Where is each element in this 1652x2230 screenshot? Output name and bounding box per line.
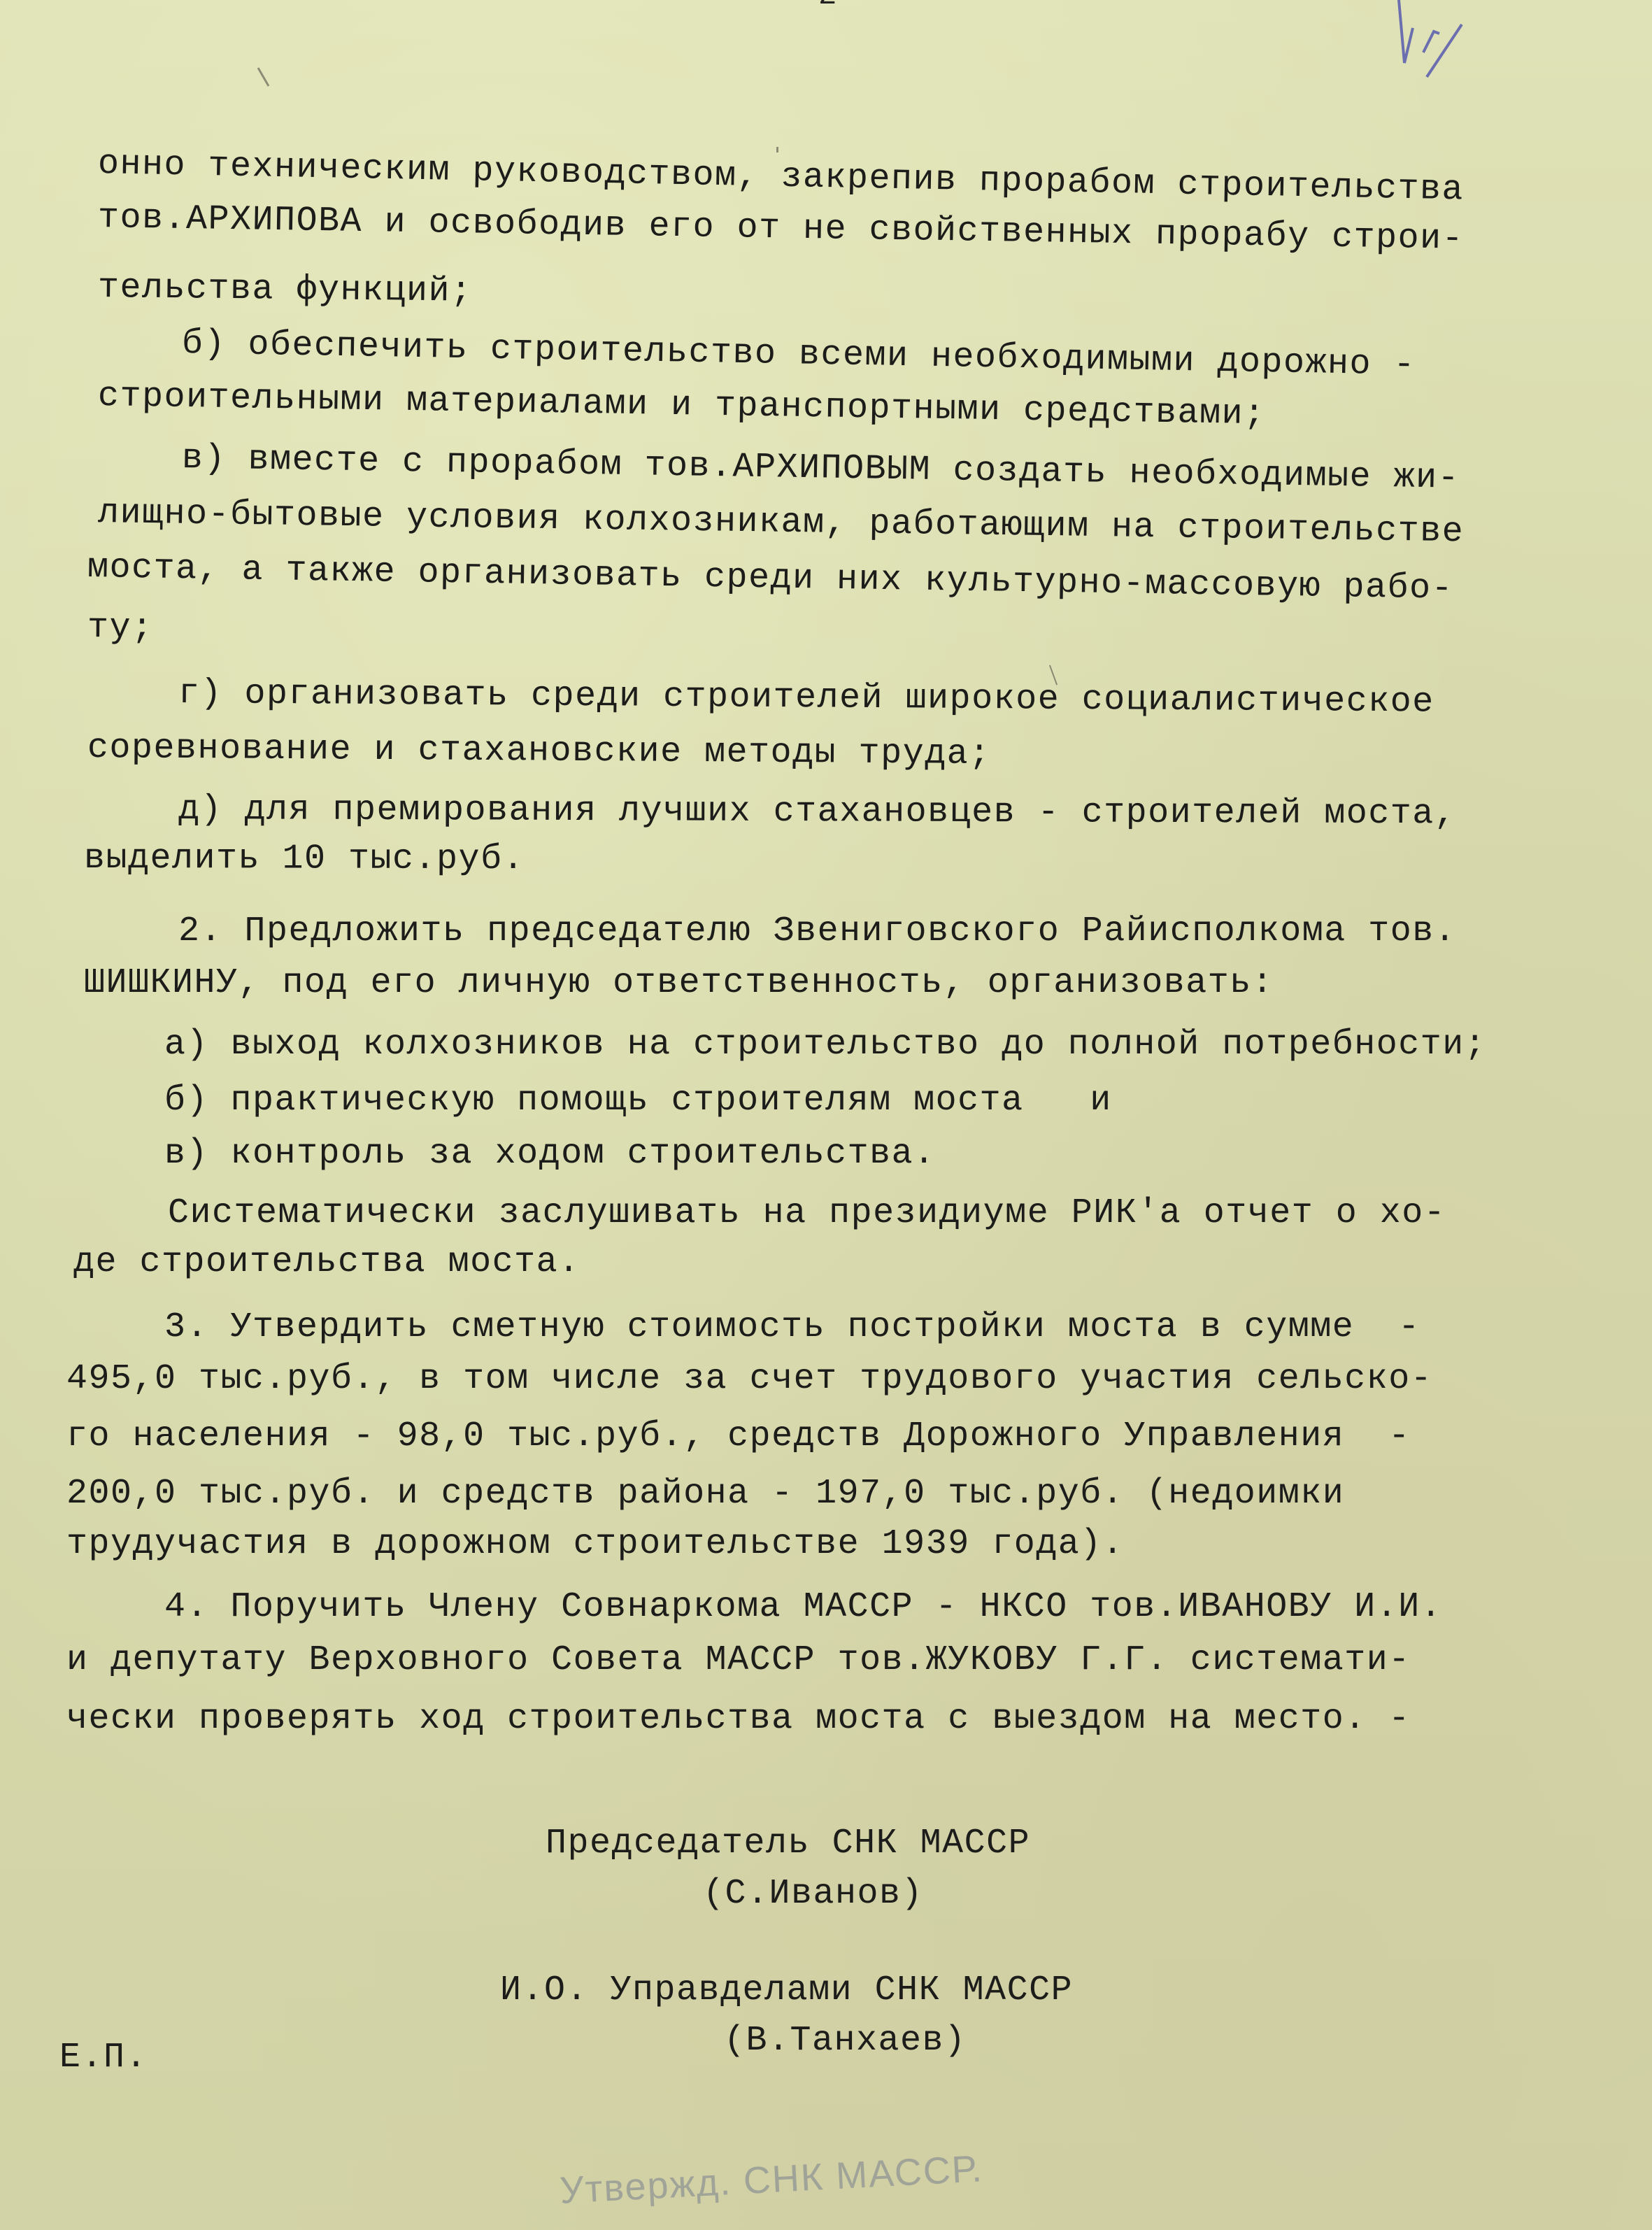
list-item-g: г) организовать среди строителей широкое… bbox=[178, 673, 1434, 724]
body-line: 495,0 тыс.руб., в том числе за счет труд… bbox=[66, 1358, 1432, 1400]
handwritten-check-mark-icon bbox=[1385, 0, 1497, 84]
list-item-a: а) выход колхозников на строительство до… bbox=[164, 1024, 1486, 1066]
typist-initials: Е.П. bbox=[59, 2037, 148, 2079]
body-line: тельства функций; bbox=[98, 267, 473, 313]
page-number: 2 - bbox=[818, 0, 874, 11]
signature-title-office-manager: И.О. Управделами СНК МАССР bbox=[500, 1970, 1073, 2012]
body-line: чески проверять ход строительства моста … bbox=[66, 1698, 1411, 1740]
signature-name-office-manager: (В.Танхаев) bbox=[724, 2020, 967, 2062]
section-2-heading: 2. Предложить председателю Звениговского… bbox=[178, 911, 1456, 953]
signature-title-chairman: Председатель СНК МАССР bbox=[546, 1823, 1030, 1865]
scan-mark bbox=[776, 147, 778, 152]
body-line: и депутату Верховного Совета МАССР тов.Ж… bbox=[66, 1640, 1411, 1682]
body-line: трудучастия в дорожном строительстве 193… bbox=[66, 1524, 1124, 1565]
body-line: выделить 10 тыс.руб. bbox=[84, 838, 525, 881]
body-line: го населения - 98,0 тыс.руб., средств До… bbox=[66, 1416, 1411, 1458]
section-3-heading: 3. Утвердить сметную стоимость постройки… bbox=[164, 1307, 1420, 1349]
body-line: соревнование и стахановские методы труда… bbox=[87, 727, 991, 776]
body-line: ШИШКИНУ, под его личную ответственность,… bbox=[84, 963, 1274, 1004]
section-4-heading: 4. Поручить Члену Совнаркома МАССР - НКС… bbox=[164, 1586, 1442, 1628]
list-item-d: д) для премирования лучших стахановцев -… bbox=[178, 789, 1456, 835]
body-line: ту; bbox=[87, 607, 154, 650]
list-item-v: в) контроль за ходом строительства. bbox=[164, 1133, 936, 1175]
body-line: Систематически заслушивать на президиуме… bbox=[168, 1193, 1446, 1235]
body-line: 200,0 тыс.руб. и средств района - 197,0 … bbox=[66, 1473, 1344, 1515]
signature-name-chairman: (С.Иванов) bbox=[703, 1873, 923, 1915]
body-line: де строительства моста. bbox=[73, 1242, 581, 1284]
list-item-b: б) практическую помощь строителям моста … bbox=[164, 1080, 1112, 1122]
